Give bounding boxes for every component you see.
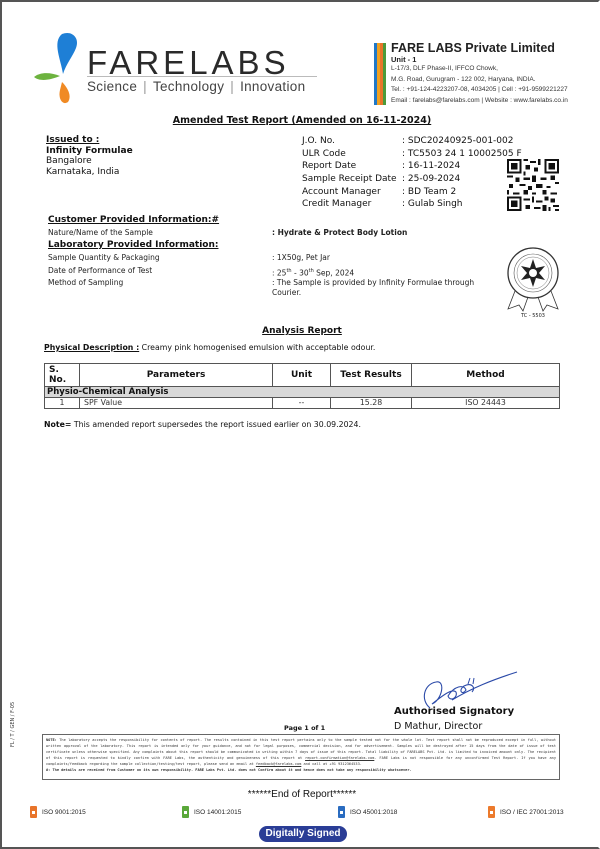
digitally-signed-badge[interactable]: Digitally Signed: [259, 826, 347, 842]
end-of-report: ******End of Report******: [2, 789, 600, 800]
disclaimer-box: NOTE: The laboratory accepts the respons…: [42, 734, 560, 780]
category-label: Physio-Chemical Analysis: [45, 387, 560, 398]
iso-badge-9001: ISO 9001:2015: [30, 806, 86, 818]
issued-to-name: Infinity Formulae: [46, 146, 133, 157]
confirmation-email-link[interactable]: report.confirmation@farelabs.com: [305, 756, 374, 760]
iso-certificate-icon: [30, 806, 37, 818]
signatory-name: D Mathur, Director: [394, 721, 482, 732]
sample-nature-label: Nature/Name of the Sample: [48, 228, 272, 238]
cell-result: 15.28: [331, 398, 412, 409]
table-category-row: Physio-Chemical Analysis: [45, 387, 560, 398]
table-header-row: S. No. Parameters Unit Test Results Meth…: [45, 364, 560, 387]
tagline-separator: |: [230, 79, 234, 94]
sample-quantity-row: Sample Quantity & Packaging : 1X50g, Pet…: [48, 253, 330, 263]
meta-value: : 16-11-2024: [402, 160, 460, 173]
feedback-email-link[interactable]: feedback@farelabs.com: [256, 762, 301, 766]
note-label: Note=: [44, 420, 71, 429]
sampling-method-value: : The Sample is provided by Infinity For…: [272, 278, 492, 298]
issued-to-city: Bangalore: [46, 156, 133, 167]
amendment-note: Note= This amended report supersedes the…: [44, 420, 361, 429]
column-header-unit: Unit: [273, 364, 331, 387]
column-header-method: Method: [412, 364, 560, 387]
meta-row-account-manager: Account Manager: BD Team 2: [302, 186, 522, 199]
tagline-technology: Technology: [153, 79, 224, 94]
column-header-sno: S. No.: [45, 364, 80, 387]
meta-row-receipt-date: Sample Receipt Date: 25-09-2024: [302, 173, 522, 186]
page-number: Page 1 of 1: [284, 724, 325, 732]
results-table: S. No. Parameters Unit Test Results Meth…: [44, 363, 560, 409]
meta-row-report-date: Report Date: 16-11-2024: [302, 160, 522, 173]
cell-parameter: SPF Value: [80, 398, 273, 409]
meta-value: : SDC20240925-001-002: [402, 135, 513, 148]
iso-badge-45001: ISO 45001:2018: [338, 806, 397, 818]
qr-code-icon[interactable]: [507, 159, 559, 211]
meta-key: Sample Receipt Date: [302, 173, 402, 186]
cell-unit: --: [273, 398, 331, 409]
report-meta: J.O. No.: SDC20240925-001-002 ULR Code: …: [302, 135, 522, 211]
meta-value: : Gulab Singh: [402, 198, 463, 211]
sampling-method-row: Method of Sampling : The Sample is provi…: [48, 278, 492, 298]
meta-key: J.O. No.: [302, 135, 402, 148]
company-address-line: L-17/3, DLF Phase-II, IFFCO Chowk,: [391, 64, 568, 75]
iso-badge-14001: ISO 14001:2015: [182, 806, 241, 818]
company-name: FARE LABS Private Limited: [391, 41, 568, 55]
meta-key: Credit Manager: [302, 198, 402, 211]
form-code: FL / T / GEN / F-05: [10, 702, 16, 747]
meta-row-jo: J.O. No.: SDC20240925-001-002: [302, 135, 522, 148]
test-date-row: Date of Performance of Test : 25th - 30t…: [48, 266, 354, 279]
sampling-method-label: Method of Sampling: [48, 278, 272, 298]
farelabs-logo-icon: [32, 30, 87, 105]
meta-key: Report Date: [302, 160, 402, 173]
sample-quantity-label: Sample Quantity & Packaging: [48, 253, 272, 263]
tagline-science: Science: [87, 79, 137, 94]
physical-description-text: Creamy pink homogenised emulsion with ac…: [139, 343, 375, 352]
physical-description-label: Physical Description :: [44, 343, 139, 352]
iso-badge-27001: ISO / IEC 27001:2013: [488, 806, 564, 818]
brand-divider: [87, 76, 317, 77]
brand-tagline: Science|Technology|Innovation: [87, 79, 305, 94]
company-unit: Unit - 1: [391, 55, 568, 64]
column-header-results: Test Results: [331, 364, 412, 387]
meta-value: : TC5503 24 1 10002505 F: [402, 148, 522, 161]
meta-key: Account Manager: [302, 186, 402, 199]
physical-description: Physical Description : Creamy pink homog…: [44, 343, 375, 352]
analysis-report-title: Analysis Report: [2, 326, 600, 336]
signatory-title: Authorised Signatory: [394, 706, 514, 717]
sample-nature-value: : Hydrate & Protect Body Lotion: [272, 228, 407, 238]
company-color-bars: [374, 43, 386, 105]
iso-certificate-icon: [338, 806, 345, 818]
sample-quantity-value: : 1X50g, Pet Jar: [272, 253, 330, 263]
cell-method: ISO 24443: [412, 398, 560, 409]
issued-to-label: Issued to :: [46, 135, 133, 146]
lab-info-heading: Laboratory Provided Information:: [48, 240, 218, 250]
tagline-separator: |: [143, 79, 147, 94]
report-title: Amended Test Report (Amended on 16-11-20…: [2, 115, 600, 126]
meta-value: : 25-09-2024: [402, 173, 460, 186]
sample-nature-row: Nature/Name of the Sample : Hydrate & Pr…: [48, 228, 407, 238]
tagline-innovation: Innovation: [240, 79, 305, 94]
note-text: This amended report supersedes the repor…: [71, 420, 361, 429]
table-row: 1 SPF Value -- 15.28 ISO 24443: [45, 398, 560, 409]
iso-certificate-icon: [182, 806, 189, 818]
test-date-value: : 25th - 30th Sep, 2024: [272, 266, 354, 279]
meta-value: : BD Team 2: [402, 186, 456, 199]
column-header-parameters: Parameters: [80, 364, 273, 387]
issued-to-state: Karnataka, India: [46, 167, 133, 178]
accreditation-seal-icon: TC - 5503: [505, 247, 561, 319]
issued-to-block: Issued to : Infinity Formulae Bangalore …: [46, 135, 133, 177]
seal-label: TC - 5503: [520, 313, 545, 319]
iso-certificate-icon: [488, 806, 495, 818]
company-phone-line: Tel. : +91-124-4223207-08, 4034205 | Cel…: [391, 85, 568, 96]
company-contact-line[interactable]: Email : farelabs@farelabs.com | Website …: [391, 96, 568, 107]
test-date-label: Date of Performance of Test: [48, 266, 272, 279]
meta-row-credit-manager: Credit Manager: Gulab Singh: [302, 198, 522, 211]
customer-info-heading: Customer Provided Information:#: [48, 215, 219, 225]
cell-sno: 1: [45, 398, 80, 409]
meta-row-ulr: ULR Code: TC5503 24 1 10002505 F: [302, 148, 522, 161]
company-address-line: M.G. Road, Gurugram - 122 002, Haryana, …: [391, 75, 568, 86]
company-address-block: FARE LABS Private Limited Unit - 1 L-17/…: [391, 41, 568, 106]
meta-key: ULR Code: [302, 148, 402, 161]
